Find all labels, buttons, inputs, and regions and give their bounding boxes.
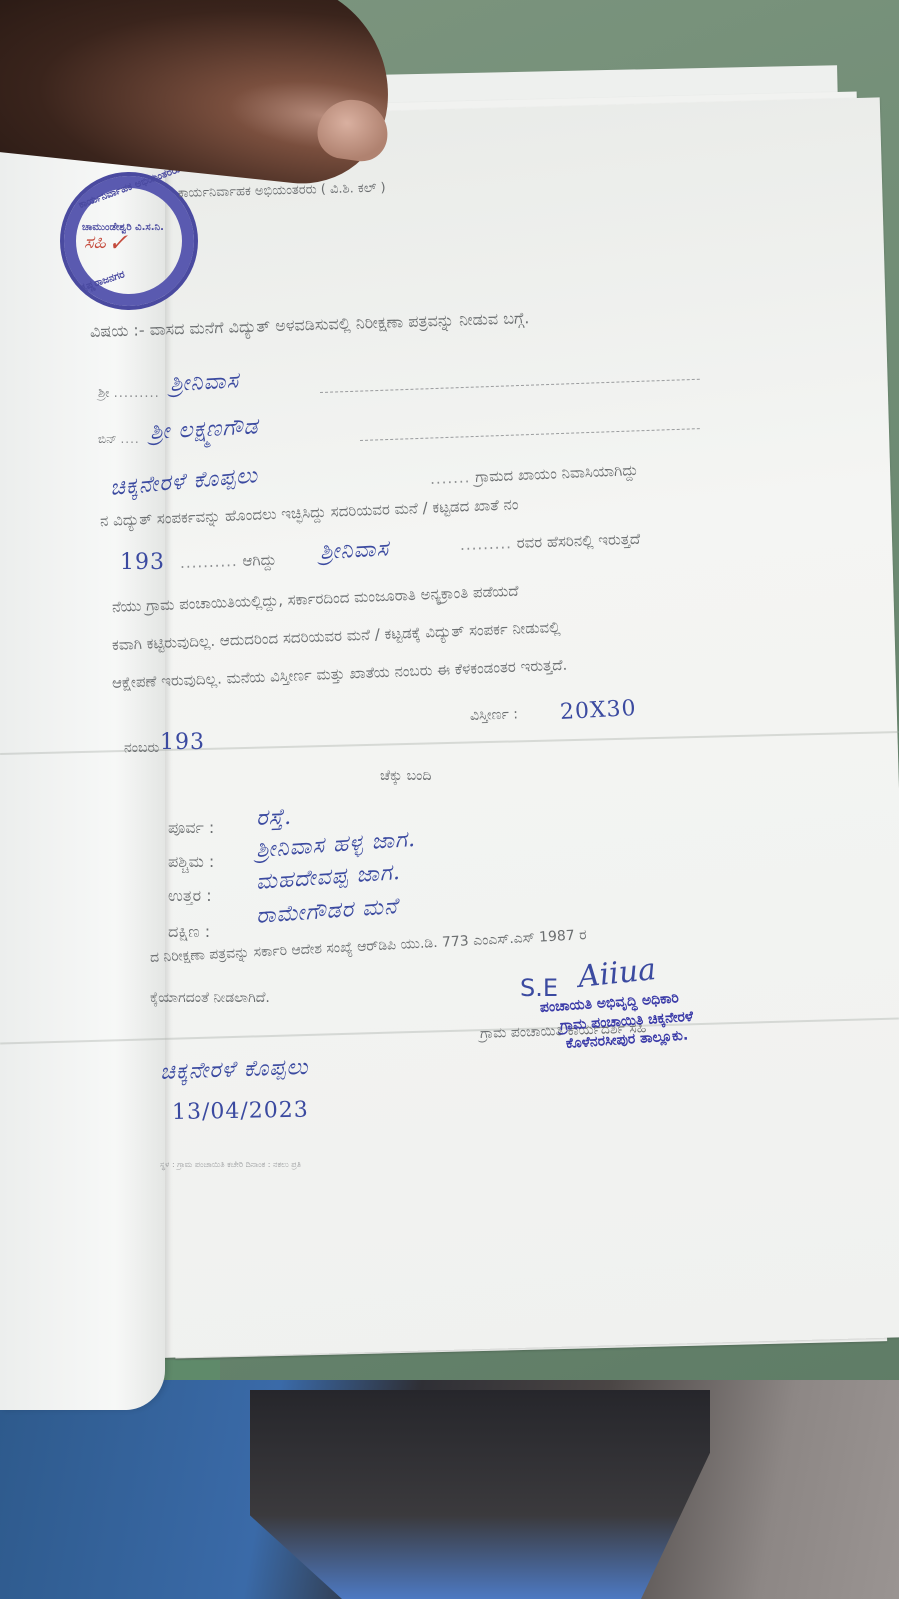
bin-row: ಬಿನ್ .... (98, 432, 140, 447)
boundary-south-label: ದಕ್ಷಿಣ : (168, 922, 210, 942)
body-line-2: ಕವಾಗಿ ಕಟ್ಟಿರುವುದಿಲ್ಲ. ಆದುದರಿಂದ ಸದರಿಯವರ ಮ… (112, 618, 561, 654)
subject-label: ವಿಷಯ :- (90, 320, 145, 341)
owner-handwritten-name: ಶ್ರೀನಿವಾಸ (319, 536, 389, 565)
signature-initials: S.E (520, 974, 558, 1002)
boundary-north-label: ಉತ್ತರ : (168, 886, 212, 906)
shri-label: ಶ್ರೀ (98, 386, 109, 401)
connection-line: ನ ವಿದ್ಯುತ್ ಸಂಪರ್ಕವನ್ನು ಹೊಂದಲು ಇಚ್ಛಿಸಿದ್ದ… (100, 495, 519, 530)
footer-small-print: ಸ್ಥಳ : ಗ್ರಾಮ ಪಂಚಾಯಿತಿ ಕಚೇರಿ ದಿನಾಂಕ : ನಕಲ… (160, 1160, 301, 1170)
boundary-west-value: ಶ್ರೀನಿವಾಸ ಹಳ್ಳ ಜಾಗ. (255, 827, 417, 863)
body-line-3: ಆಕ್ಷೇಪಣೆ ಇರುವುದಿಲ್ಲ. ಮನೆಯ ವಿಸ್ತೀರ್ಣ ಮತ್ತ… (112, 656, 568, 692)
boundary-north-value: ಮಹದೇವಪ್ಪ ಜಾಗ. (255, 860, 401, 895)
date-handwritten: 13/04/2023 (172, 1098, 309, 1125)
fill-line (360, 428, 700, 441)
shri-handwritten-name: ಶ್ರೀನಿವಾಸ (169, 368, 239, 397)
noc-document: ಕಾರ್ಯನಿರ್ವಾಹಕ ಅಭಿಯಂತರರು ಚಾಮುಂಡೇಶ್ವರಿ ವಿ.… (0, 0, 899, 1599)
area-value-handwritten: 20X30 (559, 696, 637, 725)
fill-line (320, 379, 700, 393)
village-suffix: ....... ಗ್ರಾಮದ ಖಾಯಂ ನಿವಾಸಿಯಾಗಿದ್ದು (430, 461, 639, 488)
boundary-east-value: ರಸ್ತೆ. (256, 805, 293, 831)
bin-label: ಬಿನ್ (98, 432, 117, 446)
office-header: ಕಾರ್ಯನಿರ್ವಾಹಕ ಅಭಿಯಂತರರು ( ವಿ.ಶಿ. ಕಲ್ ) (178, 181, 386, 201)
boundaries-title: ಚೆಕ್ಕು ಬಂದಿ (380, 768, 431, 784)
stamp-initials: ಸಹಿ ✓ (84, 232, 125, 253)
shri-row: ಶ್ರೀ ......... (98, 386, 160, 401)
subject-line: ವಿಷಯ :- ವಾಸದ ಮನೆಗೆ ವಿದ್ಯುತ್ ಅಳವಡಿಸುವಲ್ಲಿ… (90, 308, 530, 342)
owner-suffix: ......... ರವರ ಹೆಸರಿನಲ್ಲಿ ಇರುತ್ತದೆ (460, 530, 641, 554)
closing-line-2: ಕ್ಕೆಯಾಗದಂತೆ ನೀಡಲಾಗಿದೆ. (150, 990, 270, 1006)
closing-line-1: ದ ನಿರೀಕ್ಷಣಾ ಪತ್ರವನ್ನು ಸರ್ಕಾರಿ ಆದೇಶ ಸಂಖ್ಯ… (150, 927, 587, 966)
stamp-ring-text: ಕಾರ್ಯನಿರ್ವಾಹಕ ಅಭಿಯಂತರರು (77, 164, 181, 211)
body-line-1: ನೆಯು ಗ್ರಾಮ ಪಂಚಾಯಿತಿಯಲ್ಲಿದ್ದು, ಸರ್ಕಾರದಿಂದ… (112, 582, 519, 616)
boundary-south-value: ರಾಮೇಗೌಡರ ಮನೆ (255, 894, 399, 929)
bin-handwritten-name: ಶ್ರೀ ಲಕ್ಷ್ಮಣಗೌಡ (149, 414, 259, 445)
subject-text: ವಾಸದ ಮನೆಗೆ ವಿದ್ಯುತ್ ಅಳವಡಿಸುವಲ್ಲಿ ನಿರೀಕ್ಷ… (149, 308, 529, 339)
khata-mid: .......... ಆಗಿದ್ದು (180, 551, 277, 572)
khata-number-handwritten: 193 (120, 550, 165, 575)
signature-scrawl: Aiiua (576, 952, 657, 995)
village-handwritten-name: ಚಿಕ್ಕನೇರಳೆ ಕೊಪ್ಪಲು (109, 463, 259, 501)
boundary-west-label: ಪಶ್ಚಿಮ : (168, 852, 214, 872)
place-handwritten: ಚಿಕ್ಕನೇರಳೆ ಕೊಪ್ಪಲು (160, 1055, 309, 1085)
number-value-handwritten: 193 (160, 730, 205, 755)
boundary-east-label: ಪೂರ್ವ : (168, 818, 214, 838)
stamp-bottom-text: ಕೃಷ್ಣರಾಜನಗರ (79, 269, 126, 294)
area-label: ವಿಸ್ತೀರ್ಣ : (470, 706, 519, 724)
number-label: ನಂಬರು (124, 740, 159, 756)
